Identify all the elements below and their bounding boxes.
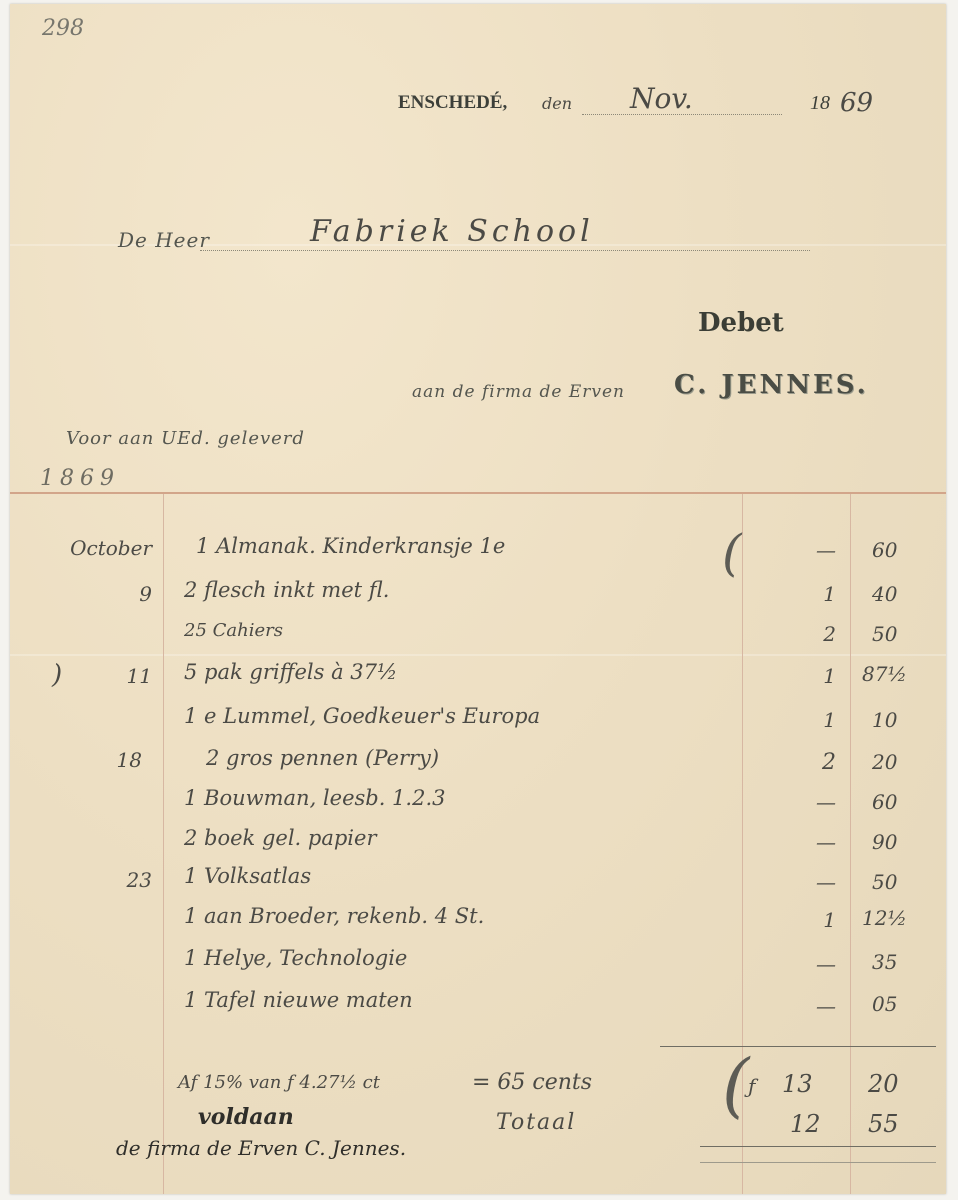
row-guilders: 2 <box>816 750 836 775</box>
paper-crease <box>10 654 946 656</box>
total-guilders: 12 <box>790 1110 821 1138</box>
row-guilders: 1 <box>816 908 836 932</box>
row-guilders: — <box>816 952 836 976</box>
subtotal-cents: 20 <box>868 1070 899 1098</box>
subtotal-guilders: 13 <box>782 1070 813 1098</box>
total-cents: 55 <box>868 1110 899 1138</box>
row-description: 1 Almanak. Kinderkransje 1e <box>196 534 505 558</box>
date-column-rule <box>163 494 164 1194</box>
row-description: 1 Volksatlas <box>184 864 311 888</box>
firm-name: C. JENNES. <box>674 370 869 400</box>
year-prefix: 18 <box>810 92 830 115</box>
discount-note: Af 15% van ƒ 4.27½ ct <box>178 1072 380 1093</box>
row-date: October <box>2 536 152 560</box>
row-cents: 20 <box>872 750 932 774</box>
row-description: 1 e Lummel, Goedkeuer's Europa <box>184 704 540 728</box>
addressee-label: De Heer <box>118 228 210 252</box>
signature: de firma de Erven C. Jennes. <box>116 1136 406 1160</box>
firm-prefix: aan de firma de Erven <box>412 382 625 402</box>
cents-column-rule <box>850 494 851 1194</box>
row-cents: 10 <box>872 708 932 732</box>
row-cents: 87½ <box>862 662 922 686</box>
row-guilders: 2 <box>816 622 836 646</box>
row-cents: 40 <box>872 582 932 606</box>
date-month: Nov. <box>630 82 693 115</box>
total-rule <box>700 1146 936 1147</box>
addressee-name: Fabriek School <box>310 214 594 249</box>
row-description: 5 pak griffels à 37½ <box>184 660 397 684</box>
archive-number: 298 <box>42 16 84 41</box>
row-guilders: — <box>816 790 836 814</box>
check-mark-icon: ( <box>722 524 742 582</box>
row-guilders: — <box>816 994 836 1018</box>
total-label: Totaal <box>496 1110 576 1135</box>
place-printed: ENSCHEDÉ, <box>398 92 507 114</box>
row-date: 11 <box>2 664 152 688</box>
row-date: 9 <box>2 582 152 606</box>
row-cents: 50 <box>872 622 932 646</box>
paid-stamp: voldaan <box>198 1104 294 1130</box>
currency-bracket-icon: ( <box>722 1044 749 1126</box>
row-cents: 05 <box>872 992 932 1016</box>
row-cents: 12½ <box>862 906 922 930</box>
row-guilders: — <box>816 538 836 562</box>
row-description: 1 Helye, Technologie <box>184 946 407 970</box>
row-cents: 60 <box>872 538 932 562</box>
debet-title: Debet <box>698 308 784 338</box>
row-cents: 60 <box>872 790 932 814</box>
row-cents: 50 <box>872 870 932 894</box>
row-guilders: — <box>816 830 836 854</box>
row-description: 2 flesch inkt met fl. <box>184 578 389 602</box>
den-label: den <box>542 94 572 113</box>
row-guilders: 1 <box>816 664 836 688</box>
row-cents: 90 <box>872 830 932 854</box>
row-guilders: 1 <box>816 708 836 732</box>
subtotal-currency: ƒ <box>748 1074 755 1098</box>
delivered-label: Voor aan UEd. geleverd <box>66 428 305 449</box>
invoice-paper: 298 ENSCHEDÉ, den Nov. 18 69 De Heer Fab… <box>10 4 946 1194</box>
addressee-dotted-line <box>200 250 810 251</box>
total-double-rule <box>700 1162 936 1163</box>
row-guilders: — <box>816 870 836 894</box>
row-cents: 35 <box>872 950 932 974</box>
year-label: 1869 <box>40 466 120 491</box>
row-date: 18 <box>0 748 142 772</box>
row-guilders: 1 <box>816 582 836 606</box>
row-description: 1 Bouwman, leesb. 1.2.3 <box>184 786 446 810</box>
row-date: 23 <box>2 868 152 892</box>
row-description: 2 boek gel. papier <box>184 826 376 850</box>
row-description: 25 Cahiers <box>184 620 283 641</box>
year-suffix: 69 <box>840 88 873 118</box>
subtotal-rule <box>660 1046 936 1047</box>
discount-equals: = 65 cents <box>472 1070 592 1095</box>
row-description: 1 Tafel nieuwe maten <box>184 988 413 1012</box>
row-description: 1 aan Broeder, rekenb. 4 St. <box>184 904 484 928</box>
row-description: 2 gros pennen (Perry) <box>206 746 439 770</box>
table-top-rule <box>10 492 946 494</box>
